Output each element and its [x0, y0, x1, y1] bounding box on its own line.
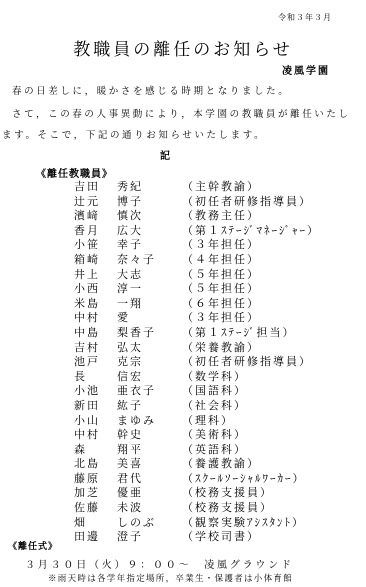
- staff-given-name: 君代: [117, 472, 143, 487]
- staff-surname: 小山: [74, 414, 100, 429]
- staff-row: 吉田秀紀（主幹教諭）: [74, 180, 364, 195]
- staff-given-name: 翔平: [117, 443, 143, 458]
- page-title: 教職員の離任のお知らせ: [0, 35, 366, 60]
- staff-surname: 小西: [74, 282, 100, 297]
- staff-surname: 佐藤: [74, 501, 100, 516]
- staff-given-name: 未波: [117, 501, 143, 516]
- staff-given-name: 秀紀: [117, 180, 143, 195]
- staff-row: 藤原君代（ｽｸｰﾙｿｰｼｬﾙﾜｰｶｰ）: [74, 472, 364, 487]
- staff-surname: 池戸: [74, 355, 100, 370]
- staff-role: （養護教諭）: [182, 457, 260, 472]
- staff-surname: 長: [74, 370, 87, 385]
- staff-row: 畑しのぶ（観察実験ｱｼｽﾀﾝﾄ）: [74, 516, 364, 531]
- staff-role: （３年担任）: [182, 311, 260, 326]
- staff-surname: 加芝: [74, 486, 100, 501]
- staff-given-name: 幹史: [117, 428, 143, 443]
- staff-row: 小池亜衣子（国語科）: [74, 384, 364, 399]
- ceremony-datetime-place: ３月３０日（火）９：００～ 凌風グラウンド: [25, 556, 294, 571]
- staff-surname: 中村: [74, 428, 100, 443]
- staff-row: 中村幹史（美術科）: [74, 428, 364, 443]
- document-date: 令和３年３月: [278, 12, 332, 23]
- staff-row: 井上大志（５年担任）: [74, 268, 364, 283]
- staff-surname: 新田: [74, 399, 100, 414]
- staff-given-name: 慎次: [117, 209, 143, 224]
- rain-note: ※雨天時は各学年指定場所，卒業生・保護者は小体育館: [48, 572, 293, 584]
- staff-given-name: 弘太: [117, 341, 143, 356]
- staff-row: 新田紘子（社会科）: [74, 399, 364, 414]
- staff-role: （６年担任）: [182, 297, 260, 312]
- staff-surname: 田邊: [74, 530, 100, 545]
- announcement-paragraph-line2: ます。そこで，下記の通りお知らせいたします。: [2, 127, 266, 141]
- staff-given-name: 淳一: [117, 282, 143, 297]
- staff-row: 長信宏（数学科）: [74, 370, 364, 385]
- staff-given-name: 優亜: [117, 486, 143, 501]
- staff-row: 佐藤未波（校務支援員）: [74, 501, 364, 516]
- staff-list: 吉田秀紀（主幹教諭）辻元博子（初任者研修指導員）濱﨑慎次（教務主任）香月広大（第…: [74, 180, 364, 545]
- staff-surname: 北島: [74, 457, 100, 472]
- staff-row: 香月広大（第１ｽﾃｰｼﾞﾏﾈｰｼﾞｬｰ）: [74, 224, 364, 239]
- staff-surname: 濱﨑: [74, 209, 100, 224]
- staff-given-name: 愛: [117, 311, 130, 326]
- staff-given-name: 奈々子: [117, 253, 156, 268]
- staff-row: 小西淳一（５年担任）: [74, 282, 364, 297]
- staff-role: （英語科）: [182, 443, 247, 458]
- staff-row: 中島梨香子（第１ｽﾃｰｼﾞ担当）: [74, 326, 364, 341]
- staff-given-name: 一翔: [117, 297, 143, 312]
- staff-role: （栄養教諭）: [182, 341, 260, 356]
- staff-given-name: 幸子: [117, 238, 143, 253]
- staff-row: 箱崎奈々子（４年担任）: [74, 253, 364, 268]
- staff-surname: 森: [74, 443, 87, 458]
- staff-surname: 畑: [74, 516, 87, 531]
- staff-surname: 中島: [74, 326, 100, 341]
- staff-role: （教務主任）: [182, 209, 260, 224]
- staff-row: 田邊澄子（学校司書）: [74, 530, 364, 545]
- staff-role: （主幹教諭）: [182, 180, 260, 195]
- staff-given-name: 梨香子: [117, 326, 156, 341]
- staff-given-name: 亜衣子: [117, 384, 156, 399]
- staff-role: （ｽｸｰﾙｿｰｼｬﾙﾜｰｶｰ）: [182, 472, 306, 487]
- staff-given-name: 広大: [117, 224, 143, 239]
- organization-name: 凌風学園: [282, 62, 330, 77]
- staff-given-name: 信宏: [117, 370, 143, 385]
- staff-surname: 箱崎: [74, 253, 100, 268]
- staff-row: 小笹幸子（３年担任）: [74, 238, 364, 253]
- staff-row: 北島美喜（養護教諭）: [74, 457, 364, 472]
- staff-row: 池戸克宗（初任者研修指導員）: [74, 355, 364, 370]
- staff-given-name: 克宗: [117, 355, 143, 370]
- staff-row: 濱﨑慎次（教務主任）: [74, 209, 364, 224]
- announcement-paragraph-line1: さて，この春の人事異動により，本学園の教職員が離任いたし: [12, 106, 351, 120]
- staff-row: 中村愛（３年担任）: [74, 311, 364, 326]
- staff-given-name: まゆみ: [117, 414, 156, 429]
- staff-surname: 吉村: [74, 341, 100, 356]
- ki-heading: 記: [0, 147, 330, 162]
- staff-role: （数学科）: [182, 370, 247, 385]
- staff-role: （５年担任）: [182, 268, 260, 283]
- staff-role: （校務支援員）: [182, 486, 273, 501]
- staff-surname: 藤原: [74, 472, 100, 487]
- staff-role: （国語科）: [182, 384, 247, 399]
- staff-role: （校務支援員）: [182, 501, 273, 516]
- staff-role: （観察実験ｱｼｽﾀﾝﾄ）: [182, 516, 305, 531]
- staff-surname: 吉田: [74, 180, 100, 195]
- staff-role: （社会科）: [182, 399, 247, 414]
- staff-given-name: 紘子: [117, 399, 143, 414]
- staff-row: 米島一翔（６年担任）: [74, 297, 364, 312]
- staff-given-name: 博子: [117, 195, 143, 210]
- staff-row: 森翔平（英語科）: [74, 443, 364, 458]
- staff-surname: 小笹: [74, 238, 100, 253]
- staff-surname: 香月: [74, 224, 100, 239]
- staff-section-heading: 《離任教職員》: [36, 165, 113, 180]
- staff-role: （理科）: [182, 414, 234, 429]
- staff-given-name: しのぶ: [117, 516, 156, 531]
- staff-role: （３年担任）: [182, 238, 260, 253]
- staff-role: （５年担任）: [182, 282, 260, 297]
- staff-row: 加芝優亜（校務支援員）: [74, 486, 364, 501]
- greeting-paragraph: 春の日差しに，暖かさを感じる時期となりました。: [12, 83, 290, 97]
- staff-role: （初任者研修指導員）: [182, 355, 312, 370]
- staff-surname: 小池: [74, 384, 100, 399]
- staff-given-name: 澄子: [117, 530, 143, 545]
- staff-role: （第１ｽﾃｰｼﾞﾏﾈｰｼﾞｬｰ）: [182, 224, 320, 239]
- staff-surname: 中村: [74, 311, 100, 326]
- staff-surname: 辻元: [74, 195, 100, 210]
- ceremony-heading: 《離任式》: [8, 539, 58, 552]
- staff-row: 吉村弘太（栄養教諭）: [74, 341, 364, 356]
- staff-role: （学校司書）: [182, 530, 260, 545]
- staff-surname: 米島: [74, 297, 100, 312]
- staff-role: （第１ｽﾃｰｼﾞ担当）: [182, 326, 296, 341]
- staff-role: （４年担任）: [182, 253, 260, 268]
- staff-surname: 井上: [74, 268, 100, 283]
- staff-role: （美術科）: [182, 428, 247, 443]
- staff-row: 辻元博子（初任者研修指導員）: [74, 195, 364, 210]
- staff-given-name: 大志: [117, 268, 143, 283]
- staff-given-name: 美喜: [117, 457, 143, 472]
- staff-row: 小山まゆみ（理科）: [74, 414, 364, 429]
- staff-role: （初任者研修指導員）: [182, 195, 312, 210]
